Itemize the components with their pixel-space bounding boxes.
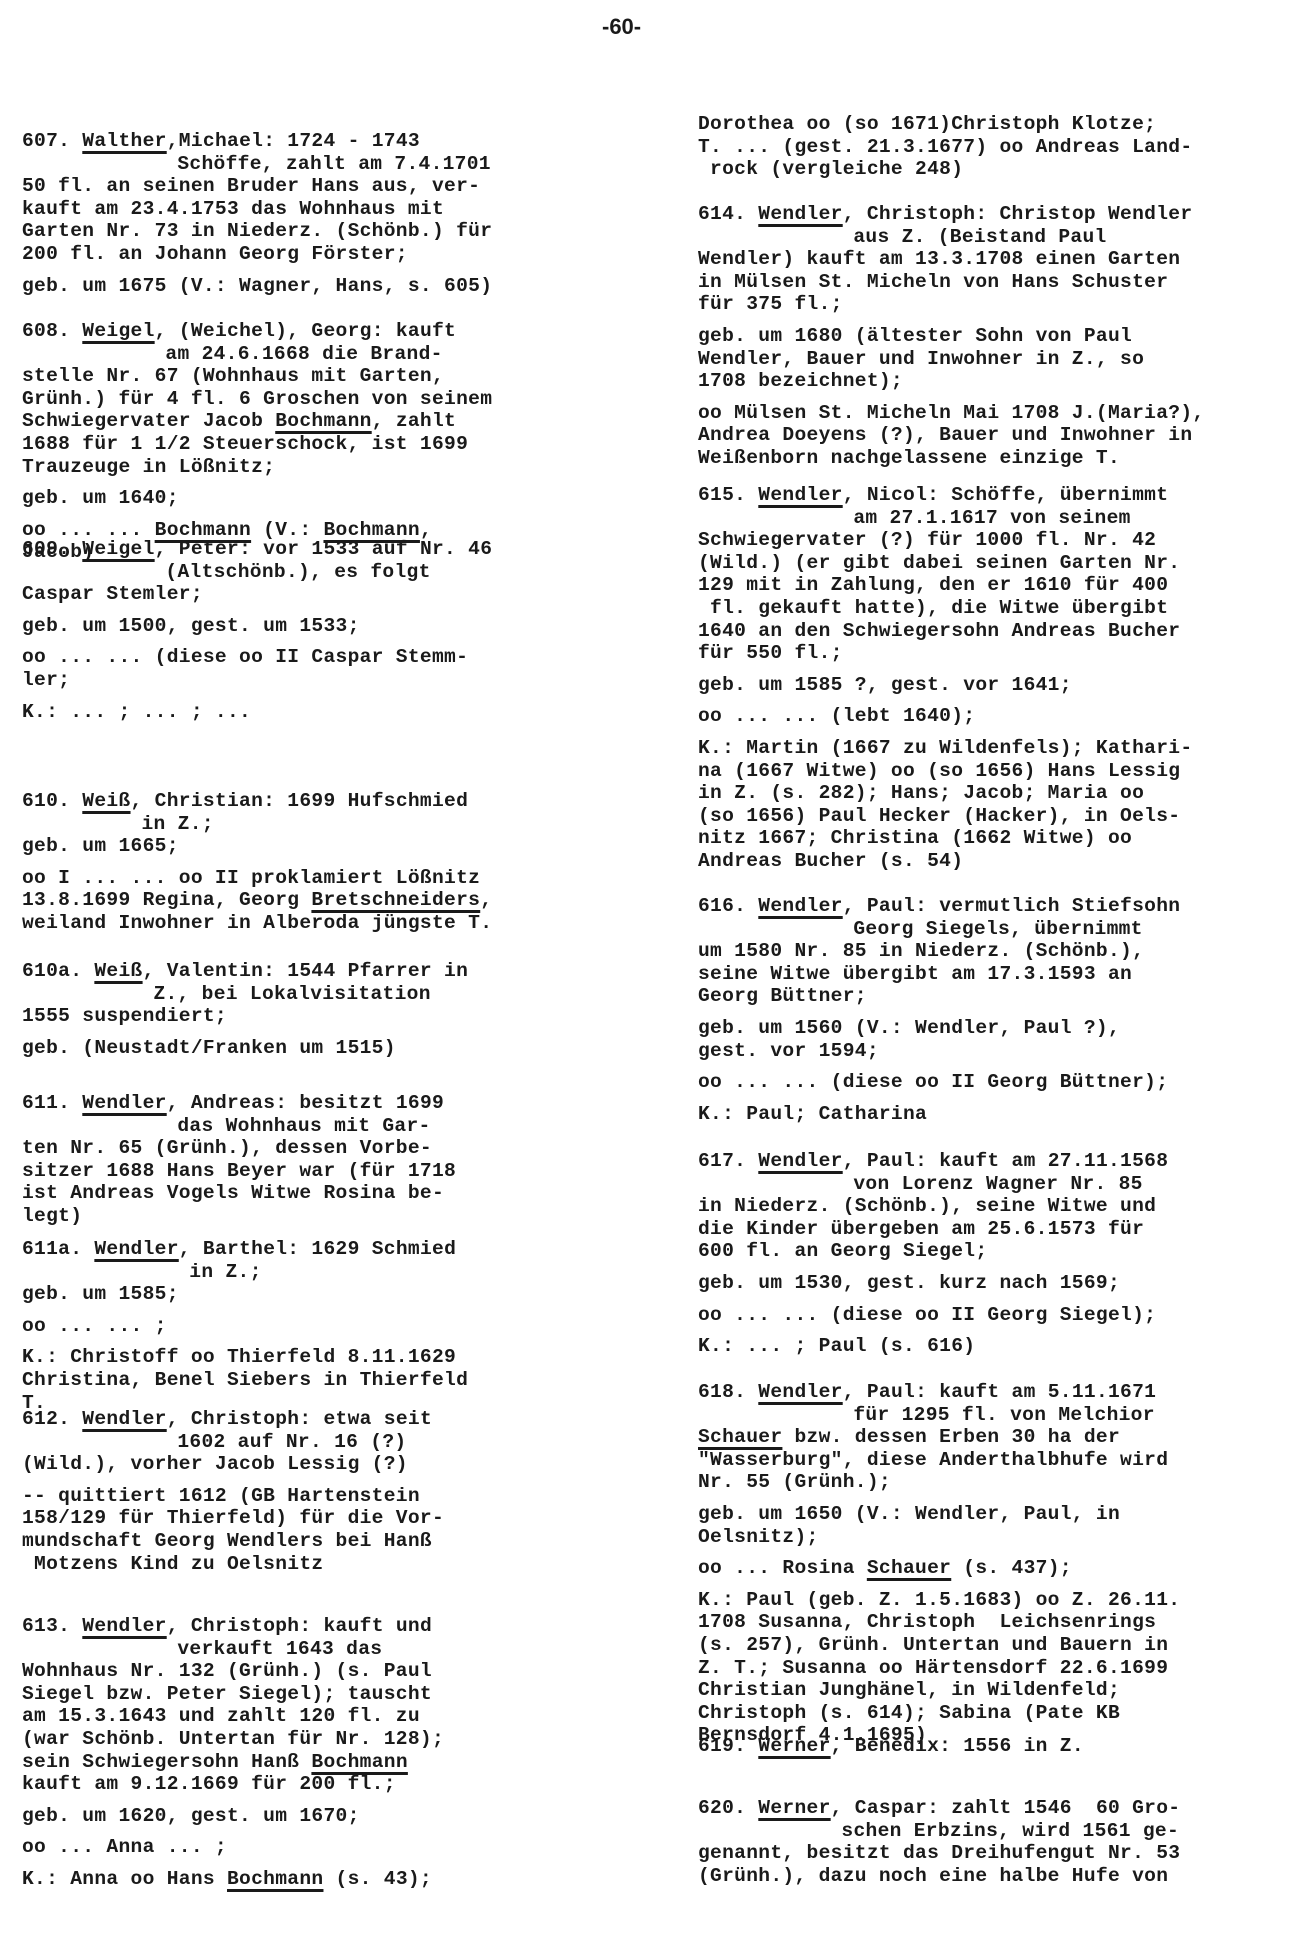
entry-paragraph: geb. um 1530, gest. kurz nach 1569;	[698, 1272, 1298, 1295]
genealogy-entry: 612. Wendler, Christoph: etwa seit1602 a…	[22, 1408, 642, 1575]
entry-heading: 607. Walther,Michael: 1724 - 1743	[22, 130, 642, 153]
genealogy-entry: 617. Wendler, Paul: kauft am 27.11.1568v…	[698, 1150, 1298, 1358]
entry-text-line: Schauer bzw. dessen Erben 30 ha der	[698, 1426, 1298, 1449]
entry-indented-line: von Lorenz Wagner Nr. 85	[698, 1173, 1298, 1196]
entry-text-line: ler;	[22, 669, 642, 692]
entry-text-line: stelle Nr. 67 (Wohnhaus mit Garten,	[22, 365, 642, 388]
entry-indented-line: 1602 auf Nr. 16 (?)	[22, 1431, 642, 1454]
entry-paragraph: oo ... ... (diese oo II Georg Siegel);	[698, 1304, 1298, 1327]
entry-number: 619.	[698, 1735, 758, 1758]
page-number: -60-	[602, 14, 641, 40]
entry-paragraph: Wohnhaus Nr. 132 (Grünh.) (s. PaulSiegel…	[22, 1660, 642, 1796]
entry-separator: ,	[155, 320, 167, 343]
entry-first-line: (Weichel), Georg: kauft	[167, 320, 456, 343]
entry-text-line: Grünh.) für 4 fl. 6 Groschen von seinem	[22, 388, 642, 411]
entry-text-line: oo ... ... ;	[22, 1315, 642, 1338]
genealogy-entry: 611. Wendler, Andreas: besitzt 1699das W…	[22, 1092, 642, 1228]
entry-text-line: am 15.3.1643 und zahlt 120 fl. zu	[22, 1705, 642, 1728]
genealogy-entry: 615. Wendler, Nicol: Schöffe, übernimmta…	[698, 484, 1298, 873]
entry-first-line: Nicol: Schöffe, übernimmt	[855, 484, 1169, 507]
entry-text-line: 1640 an den Schwiegersohn Andreas Bucher	[698, 620, 1298, 643]
entry-text-line: oo ... Anna ... ;	[22, 1836, 642, 1859]
entry-paragraph: K.: ... ; Paul (s. 616)	[698, 1335, 1298, 1358]
entry-text-line: die Kinder übergeben am 25.6.1573 für	[698, 1218, 1298, 1241]
entry-text-line: Wendler) kauft am 13.3.1708 einen Garten	[698, 248, 1298, 271]
genealogy-entry: 619. Werner, Benedix: 1556 in Z.	[698, 1735, 1298, 1758]
entry-heading: 613. Wendler, Christoph: kauft und	[22, 1615, 642, 1638]
entry-text-line: "Wasserburg", diese Anderthalbhufe wird	[698, 1449, 1298, 1472]
entry-indented-line: schen Erbzins, wird 1561 ge-	[698, 1820, 1298, 1843]
entry-heading: 612. Wendler, Christoph: etwa seit	[22, 1408, 642, 1431]
entry-separator: ,	[155, 538, 167, 561]
entry-paragraph: K.: Christoff oo Thierfeld 8.11.1629Chri…	[22, 1346, 642, 1414]
entry-text-line: K.: Martin (1667 zu Wildenfels); Kathari…	[698, 737, 1298, 760]
genealogy-entry: 614. Wendler, Christoph: Christop Wendle…	[698, 203, 1298, 470]
entry-text-line: Nr. 55 (Grünh.);	[698, 1471, 1298, 1494]
entry-text-line: 1555 suspendiert;	[22, 1005, 642, 1028]
entry-text-line: Georg Büttner;	[698, 985, 1298, 1008]
entry-surname: Wendler	[758, 1381, 842, 1404]
entry-number: 617.	[698, 1150, 758, 1173]
entry-text-line: geb. um 1500, gest. um 1533;	[22, 615, 642, 638]
entry-text-line: Schwiegervater Jacob Bochmann, zahlt	[22, 410, 642, 433]
entry-text-line: geb. um 1675 (V.: Wagner, Hans, s. 605)	[22, 275, 642, 298]
entry-text-line: geb. um 1530, gest. kurz nach 1569;	[698, 1272, 1298, 1295]
entry-text-line: Z. T.; Susanna oo Härtensdorf 22.6.1699	[698, 1657, 1298, 1680]
underlined-name: Schauer	[698, 1426, 782, 1448]
entry-text-line: K.: Paul; Catharina	[698, 1103, 1298, 1126]
entry-indented-line: das Wohnhaus mit Gar-	[22, 1115, 642, 1138]
entry-paragraph: geb. um 1585;	[22, 1283, 642, 1306]
genealogy-entry: 610a. Weiß, Valentin: 1544 Pfarrer inZ.,…	[22, 960, 642, 1059]
entry-number: 611.	[22, 1092, 82, 1115]
entry-text-line: 50 fl. an seinen Bruder Hans aus, ver-	[22, 175, 642, 198]
entry-text-line: Caspar Stemler;	[22, 583, 642, 606]
entry-first-line: Barthel: 1629 Schmied	[191, 1238, 456, 1261]
entry-paragraph: (Wild.), vorher Jacob Lessig (?)	[22, 1453, 642, 1476]
entry-surname: Werner	[758, 1735, 830, 1758]
entry-text-line: oo I ... ... oo II proklamiert Lößnitz	[22, 867, 642, 890]
entry-text-line: sein Schwiegersohn Hanß Bochmann	[22, 1751, 642, 1774]
entry-surname: Wendler	[758, 203, 842, 226]
entry-heading: 611. Wendler, Andreas: besitzt 1699	[22, 1092, 642, 1115]
entry-text-line: für 375 fl.;	[698, 293, 1298, 316]
entry-paragraph: K.: Paul; Catharina	[698, 1103, 1298, 1126]
entry-separator: ,	[843, 203, 855, 226]
entry-text-line: oo ... ... (diese oo II Georg Büttner);	[698, 1071, 1298, 1094]
entry-paragraph: oo ... ... (diese oo II Caspar Stemm-ler…	[22, 646, 642, 691]
entry-number: 613.	[22, 1615, 82, 1638]
entry-first-line: Peter: vor 1533 auf Nr. 46	[167, 538, 493, 561]
underlined-name: Schauer	[867, 1557, 951, 1579]
entry-number: 616.	[698, 895, 758, 918]
entry-text-line: Dorothea oo (so 1671)Christoph Klotze;	[698, 113, 1298, 136]
entry-separator: ,	[831, 1735, 843, 1758]
underlined-name: Bretschneiders	[311, 889, 480, 911]
entry-first-line: Christoph: Christop Wendler	[855, 203, 1193, 226]
entry-text-line: 1708 Susanna, Christoph Leichsenrings	[698, 1611, 1298, 1634]
entry-text-line: K.: ... ; Paul (s. 616)	[698, 1335, 1298, 1358]
entry-surname: Wendler	[82, 1092, 166, 1115]
entry-indented-line: am 24.6.1668 die Brand-	[22, 343, 642, 366]
entry-separator: ,	[167, 130, 179, 153]
entry-paragraph: in Niederz. (Schönb.), seine Witwe unddi…	[698, 1195, 1298, 1263]
entry-text-line: oo ... Rosina Schauer (s. 437);	[698, 1557, 1298, 1580]
entry-first-line: Christoph: etwa seit	[179, 1408, 432, 1431]
entry-text-line: legt)	[22, 1205, 642, 1228]
entry-surname: Wendler	[758, 1150, 842, 1173]
entry-heading: 614. Wendler, Christoph: Christop Wendle…	[698, 203, 1298, 226]
entry-heading: 610. Weiß, Christian: 1699 Hufschmied	[22, 790, 642, 813]
entry-text-line: Oelsnitz);	[698, 1526, 1298, 1549]
entry-text-line: 1708 bezeichnet);	[698, 370, 1298, 393]
entry-heading: 618. Wendler, Paul: kauft am 5.11.1671	[698, 1381, 1298, 1404]
entry-text-line: mundschaft Georg Wendlers bei Hanß	[22, 1530, 642, 1553]
entry-text-line: Andreas Bucher (s. 54)	[698, 850, 1298, 873]
entry-text-line: K.: Christoff oo Thierfeld 8.11.1629	[22, 1346, 642, 1369]
entry-text-line: Motzens Kind zu Oelsnitz	[22, 1553, 642, 1576]
entry-text-line: fl. gekauft hatte), die Witwe übergibt	[698, 597, 1298, 620]
entry-heading: 619. Werner, Benedix: 1556 in Z.	[698, 1735, 1298, 1758]
entry-text-line: Trauzeuge in Lößnitz;	[22, 456, 642, 479]
entry-paragraph: oo ... ... (diese oo II Georg Büttner);	[698, 1071, 1298, 1094]
entry-separator: ,	[167, 1408, 179, 1431]
entry-text-line: in Niederz. (Schönb.), seine Witwe und	[698, 1195, 1298, 1218]
entry-separator: ,	[843, 895, 855, 918]
entry-paragraph: K.: Martin (1667 zu Wildenfels); Kathari…	[698, 737, 1298, 873]
entry-paragraph: oo ... Rosina Schauer (s. 437);	[698, 1557, 1298, 1580]
entry-number: 607.	[22, 130, 82, 153]
entry-text-line: ten Nr. 65 (Grünh.), dessen Vorbe-	[22, 1137, 642, 1160]
entry-text-line: (Wild.) (er gibt dabei seinen Garten Nr.	[698, 552, 1298, 575]
entry-number: 620.	[698, 1797, 758, 1820]
entry-separator: ,	[179, 1238, 191, 1261]
entry-text-line: 200 fl. an Johann Georg Förster;	[22, 243, 642, 266]
entry-text-line: K.: Anna oo Hans Bochmann (s. 43);	[22, 1868, 642, 1891]
entry-text-line: sitzer 1688 Hans Beyer war (für 1718	[22, 1160, 642, 1183]
entry-paragraph: K.: Paul (geb. Z. 1.5.1683) oo Z. 26.11.…	[698, 1589, 1298, 1747]
entry-text-line: nitz 1667; Christina (1662 Witwe) oo	[698, 827, 1298, 850]
entry-number: 615.	[698, 484, 758, 507]
entry-separator: ,	[843, 1381, 855, 1404]
entry-number: 611a.	[22, 1238, 94, 1261]
entry-first-line: Paul: vermutlich Stiefsohn	[855, 895, 1181, 918]
entry-indented-line: in Z.;	[22, 813, 642, 836]
entry-separator: ,	[831, 1797, 843, 1820]
entry-text-line: geb. um 1585 ?, gest. vor 1641;	[698, 674, 1298, 697]
entry-indented-line: Z., bei Lokalvisitation	[22, 983, 642, 1006]
entry-text-line: geb. um 1585;	[22, 1283, 642, 1306]
entry-first-line: Paul: kauft am 27.11.1568	[855, 1150, 1169, 1173]
entry-paragraph: Schauer bzw. dessen Erben 30 ha der"Wass…	[698, 1426, 1298, 1494]
entry-paragraph: Schwiegervater (?) für 1000 fl. Nr. 42(W…	[698, 529, 1298, 665]
entry-paragraph: geb. um 1665;	[22, 835, 642, 858]
entry-text-line: 129 mit in Zahlung, den er 1610 für 400	[698, 574, 1298, 597]
entry-indented-line: aus Z. (Beistand Paul	[698, 226, 1298, 249]
entry-separator: ,	[131, 790, 143, 813]
entry-text-line: 13.8.1699 Regina, Georg Bretschneiders,	[22, 889, 642, 912]
entry-text-line: weiland Inwohner in Alberoda jüngste T.	[22, 912, 642, 935]
entry-text-line: oo ... ... (lebt 1640);	[698, 705, 1298, 728]
entry-text-line: genannt, besitzt das Dreihufengut Nr. 53	[698, 1842, 1298, 1865]
genealogy-entry: 620. Werner, Caspar: zahlt 1546 60 Gro-s…	[698, 1797, 1298, 1887]
entry-text-line: geb. um 1620, gest. um 1670;	[22, 1805, 642, 1828]
entry-text-line: -- quittiert 1612 (GB Hartenstein	[22, 1485, 642, 1508]
entry-surname: Werner	[758, 1797, 830, 1820]
entry-surname: Weigel	[82, 320, 154, 343]
entry-separator: ,	[167, 1092, 179, 1115]
entry-text-line: 600 fl. an Georg Siegel;	[698, 1240, 1298, 1263]
entry-text-line: seine Witwe übergibt am 17.3.1593 an	[698, 963, 1298, 986]
entry-number: 608.	[22, 320, 82, 343]
entry-text-line: in Z. (s. 282); Hans; Jacob; Maria oo	[698, 782, 1298, 805]
entry-surname: Walther	[82, 130, 166, 153]
entry-paragraph: K.: Anna oo Hans Bochmann (s. 43);	[22, 1868, 642, 1891]
entry-paragraph: Caspar Stemler;	[22, 583, 642, 606]
entry-heading: 617. Wendler, Paul: kauft am 27.11.1568	[698, 1150, 1298, 1173]
entry-surname: Weigel	[82, 538, 154, 561]
entry-text-line: in Mülsen St. Micheln von Hans Schuster	[698, 271, 1298, 294]
entry-first-line: Caspar: zahlt 1546 60 Gro-	[843, 1797, 1181, 1820]
entry-paragraph: geb. (Neustadt/Franken um 1515)	[22, 1037, 642, 1060]
entry-heading: 616. Wendler, Paul: vermutlich Stiefsohn	[698, 895, 1298, 918]
entry-text-line: oo Mülsen St. Micheln Mai 1708 J.(Maria?…	[698, 402, 1298, 425]
entry-paragraph: um 1580 Nr. 85 in Niederz. (Schönb.),sei…	[698, 940, 1298, 1008]
entry-text-line: Christian Junghänel, in Wildenfeld;	[698, 1679, 1298, 1702]
entry-separator: ,	[843, 484, 855, 507]
entry-text-line: geb. um 1650 (V.: Wendler, Paul, in	[698, 1503, 1298, 1526]
entry-separator: ,	[167, 1615, 179, 1638]
entry-text-line: Christina, Benel Siebers in Thierfeld	[22, 1369, 642, 1392]
entry-paragraph: geb. um 1675 (V.: Wagner, Hans, s. 605)	[22, 275, 642, 298]
entry-paragraph: oo ... Anna ... ;	[22, 1836, 642, 1859]
entry-text-line: um 1580 Nr. 85 in Niederz. (Schönb.),	[698, 940, 1298, 963]
entry-text-line: (so 1656) Paul Hecker (Hacker), in Oels-	[698, 805, 1298, 828]
entry-paragraph: ten Nr. 65 (Grünh.), dessen Vorbe-sitzer…	[22, 1137, 642, 1227]
entry-heading: 609. Weigel, Peter: vor 1533 auf Nr. 46	[22, 538, 642, 561]
entry-paragraph: geb. um 1500, gest. um 1533;	[22, 615, 642, 638]
entry-heading: 610a. Weiß, Valentin: 1544 Pfarrer in	[22, 960, 642, 983]
entry-first-line: Michael: 1724 - 1743	[179, 130, 420, 153]
entry-first-line: Christian: 1699 Hufschmied	[143, 790, 469, 813]
entry-indented-line: am 27.1.1617 von seinem	[698, 507, 1298, 530]
entry-paragraph: oo Mülsen St. Micheln Mai 1708 J.(Maria?…	[698, 402, 1298, 470]
entry-paragraph: geb. um 1680 (ältester Sohn von PaulWend…	[698, 325, 1298, 393]
entry-surname: Weiß	[94, 960, 142, 983]
entry-surname: Wendler	[758, 895, 842, 918]
entry-heading: 615. Wendler, Nicol: Schöffe, übernimmt	[698, 484, 1298, 507]
entry-text-line: ist Andreas Vogels Witwe Rosina be-	[22, 1182, 642, 1205]
entry-text-line: geb. um 1640;	[22, 487, 642, 510]
entry-text-line: Wohnhaus Nr. 132 (Grünh.) (s. Paul	[22, 1660, 642, 1683]
entry-first-line: Paul: kauft am 5.11.1671	[855, 1381, 1156, 1404]
entry-first-line: Benedix: 1556 in Z.	[843, 1735, 1084, 1758]
entry-surname: Wendler	[758, 484, 842, 507]
genealogy-entry: 608. Weigel, (Weichel), Georg: kauftam 2…	[22, 320, 642, 564]
entry-indented-line: Schöffe, zahlt am 7.4.1701	[22, 153, 642, 176]
entry-text-line: (s. 257), Grünh. Untertan und Bauern in	[698, 1634, 1298, 1657]
entry-surname: Weiß	[82, 790, 130, 813]
entry-text-line: K.: Paul (geb. Z. 1.5.1683) oo Z. 26.11.	[698, 1589, 1298, 1612]
entry-text-line: Wendler, Bauer und Inwohner in Z., so	[698, 348, 1298, 371]
entry-number: 610a.	[22, 960, 94, 983]
underlined-name: Bochmann	[311, 1751, 407, 1773]
entry-text-line: kauft am 9.12.1669 für 200 fl.;	[22, 1773, 642, 1796]
entry-first-line: Christoph: kauft und	[179, 1615, 432, 1638]
entry-paragraph: oo ... ... ;	[22, 1315, 642, 1338]
entry-text-line: geb. um 1665;	[22, 835, 642, 858]
genealogy-entry: 607. Walther,Michael: 1724 - 1743Schöffe…	[22, 130, 642, 297]
entry-paragraph: stelle Nr. 67 (Wohnhaus mit Garten,Grünh…	[22, 365, 642, 478]
genealogy-entry: 616. Wendler, Paul: vermutlich Stiefsohn…	[698, 895, 1298, 1125]
entry-paragraph: geb. um 1620, gest. um 1670;	[22, 1805, 642, 1828]
genealogy-entry: 613. Wendler, Christoph: kauft undverkau…	[22, 1615, 642, 1891]
entry-heading: 608. Weigel, (Weichel), Georg: kauft	[22, 320, 642, 343]
entry-indented-line: verkauft 1643 das	[22, 1638, 642, 1661]
entry-number: 618.	[698, 1381, 758, 1404]
entry-text-line: für 550 fl.;	[698, 642, 1298, 665]
entry-paragraph: Wendler) kauft am 13.3.1708 einen Garten…	[698, 248, 1298, 316]
entry-text-line: rock (vergleiche 248)	[698, 158, 1298, 181]
entry-indented-line: (Altschönb.), es folgt	[22, 561, 642, 584]
entry-heading: 620. Werner, Caspar: zahlt 1546 60 Gro-	[698, 1797, 1298, 1820]
entry-text-line: Andrea Doeyens (?), Bauer und Inwohner i…	[698, 424, 1298, 447]
entry-indented-line: Georg Siegels, übernimmt	[698, 918, 1298, 941]
entry-indented-line: in Z.;	[22, 1261, 642, 1284]
entry-text-line: geb. um 1680 (ältester Sohn von Paul	[698, 325, 1298, 348]
entry-paragraph: oo I ... ... oo II proklamiert Lößnitz13…	[22, 867, 642, 935]
entry-text-line: Weißenborn nachgelassene einzige T.	[698, 447, 1298, 470]
underlined-name: Bochmann	[275, 410, 371, 432]
genealogy-entry: 609. Weigel, Peter: vor 1533 auf Nr. 46(…	[22, 538, 642, 723]
entry-text-line: T. ... (gest. 21.3.1677) oo Andreas Land…	[698, 136, 1298, 159]
entry-heading: 611a. Wendler, Barthel: 1629 Schmied	[22, 1238, 642, 1261]
entry-separator: ,	[143, 960, 155, 983]
entry-first-line: Valentin: 1544 Pfarrer in	[155, 960, 469, 983]
entry-text-line: geb. um 1560 (V.: Wendler, Paul ?),	[698, 1017, 1298, 1040]
entry-surname: Wendler	[94, 1238, 178, 1261]
entry-paragraph: 1555 suspendiert;	[22, 1005, 642, 1028]
entry-text-line: (Wild.), vorher Jacob Lessig (?)	[22, 1453, 642, 1476]
continued-entry-text: Dorothea oo (so 1671)Christoph Klotze;T.…	[698, 113, 1298, 181]
entry-number: 614.	[698, 203, 758, 226]
entry-text-line: gest. vor 1594;	[698, 1040, 1298, 1063]
entry-text-line: oo ... ... (diese oo II Caspar Stemm-	[22, 646, 642, 669]
genealogy-entry: 618. Wendler, Paul: kauft am 5.11.1671fü…	[698, 1381, 1298, 1747]
entry-paragraph: 50 fl. an seinen Bruder Hans aus, ver-ka…	[22, 175, 642, 265]
entry-first-line: Andreas: besitzt 1699	[179, 1092, 444, 1115]
underlined-name: Bochmann	[227, 1868, 323, 1890]
entry-surname: Wendler	[82, 1408, 166, 1431]
entry-text-line: 1688 für 1 1/2 Steuerschock, ist 1699	[22, 433, 642, 456]
entry-paragraph: K.: ... ; ... ; ...	[22, 701, 642, 724]
entry-indented-line: für 1295 fl. von Melchior	[698, 1404, 1298, 1427]
entry-text-line: Christoph (s. 614); Sabina (Pate KB	[698, 1702, 1298, 1725]
entry-text-line: 158/129 für Thierfeld) für die Vor-	[22, 1507, 642, 1530]
entry-text-line: Garten Nr. 73 in Niederz. (Schönb.) für	[22, 220, 642, 243]
entry-paragraph: genannt, besitzt das Dreihufengut Nr. 53…	[698, 1842, 1298, 1887]
entry-text-line: oo ... ... (diese oo II Georg Siegel);	[698, 1304, 1298, 1327]
entry-text-line: K.: ... ; ... ; ...	[22, 701, 642, 724]
entry-text-line: (Grünh.), dazu noch eine halbe Hufe von	[698, 1865, 1298, 1888]
entry-text-line: Siegel bzw. Peter Siegel); tauscht	[22, 1683, 642, 1706]
entry-paragraph: geb. um 1650 (V.: Wendler, Paul, inOelsn…	[698, 1503, 1298, 1548]
entry-paragraph: geb. um 1640;	[22, 487, 642, 510]
genealogy-entry: 611a. Wendler, Barthel: 1629 Schmiedin Z…	[22, 1238, 642, 1414]
entry-surname: Wendler	[82, 1615, 166, 1638]
entry-paragraph: geb. um 1585 ?, gest. vor 1641;	[698, 674, 1298, 697]
entry-number: 610.	[22, 790, 82, 813]
entry-number: 609.	[22, 538, 82, 561]
entry-text-line: kauft am 23.4.1753 das Wohnhaus mit	[22, 198, 642, 221]
entry-paragraph: -- quittiert 1612 (GB Hartenstein158/129…	[22, 1485, 642, 1575]
entry-number: 612.	[22, 1408, 82, 1431]
entry-paragraph: oo ... ... (lebt 1640);	[698, 705, 1298, 728]
genealogy-entry: 610. Weiß, Christian: 1699 Hufschmiedin …	[22, 790, 642, 935]
entry-text-line: Schwiegervater (?) für 1000 fl. Nr. 42	[698, 529, 1298, 552]
entry-paragraph: geb. um 1560 (V.: Wendler, Paul ?),gest.…	[698, 1017, 1298, 1062]
entry-separator: ,	[843, 1150, 855, 1173]
entry-text-line: na (1667 Witwe) oo (so 1656) Hans Lessig	[698, 760, 1298, 783]
entry-text-line: (war Schönb. Untertan für Nr. 128);	[22, 1728, 642, 1751]
entry-text-line: geb. (Neustadt/Franken um 1515)	[22, 1037, 642, 1060]
